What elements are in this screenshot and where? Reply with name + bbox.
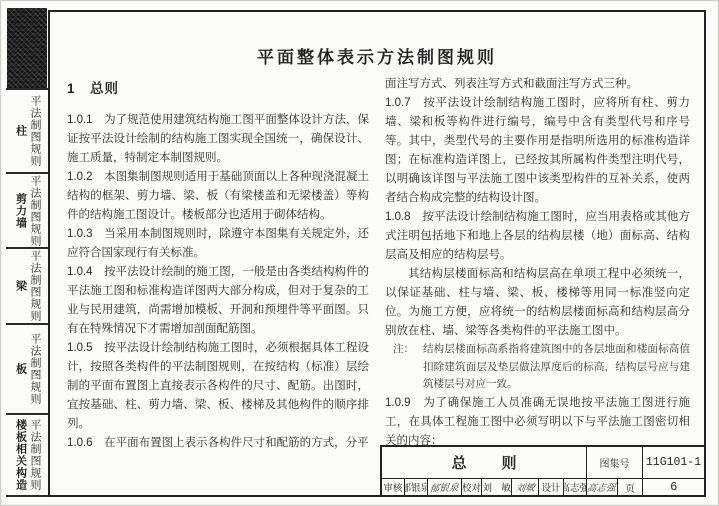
atlas-number-label: 图集号: [586, 447, 642, 478]
proofreader-signature: 刘敏: [511, 479, 538, 495]
title-block-row-1: 总 则 图集号 11G101-1: [382, 447, 704, 478]
note-label: 注：: [393, 341, 414, 394]
chapter-sidebar: 柱 平法制图规则 剪力墙 平法制图规则 梁 平法制图规则 板 平法制图规则 楼板…: [6, 8, 48, 497]
tab-category: 柱: [14, 125, 26, 137]
page-number: 6: [642, 479, 704, 495]
proofreader-label: 校对: [461, 479, 482, 495]
clause-1-0-5: 1.0.5 按平法设计绘制结构施工图时，必须根据具体工程设计，按照各类构件的平法…: [67, 339, 369, 434]
clause-1-0-4: 1.0.4 按平法设计绘制的施工图，一般是由各类结构构件的平法施工图和标准构造详…: [67, 263, 369, 339]
note-text: 结构层楼面标高系指将建筑图中的各层地面和楼面标高值扣除建筑面层及垫层做法厚度后的…: [423, 341, 690, 394]
page-title: 平面整体表示方法制图规则: [50, 43, 704, 68]
cover-photo-thumbnail: [7, 8, 47, 88]
drawing-frame: 平面整体表示方法制图规则 1 总则 1.0.1 为了规范使用建筑结构施工图平面整…: [48, 10, 706, 497]
reviewer-signature: 郁银泉: [427, 479, 461, 495]
clause-1-0-8-paragraph-2: 其结构层楼面标高和结构层高在单项工程中必须统一，以保证基础、柱与墙、梁、板、楼梯…: [385, 265, 690, 341]
tab-category: 楼板相关构造: [14, 419, 26, 491]
sheet-title: 总 则: [382, 447, 586, 478]
clause-1-0-1: 1.0.1 为了规范使用建筑结构施工图平面整体设计方法，保证按平法设计绘制的结构…: [67, 111, 369, 168]
clause-1-0-2: 1.0.2 本图集制图规则适用于基础顶面以上各种现浇混凝土结构的框架、剪力墙、梁…: [67, 168, 369, 225]
sidebar-tab-shear-wall: 剪力墙 平法制图规则: [6, 172, 48, 247]
title-block-row-2: 审核 郁银泉 郁银泉 校对 刘 敏 刘敏 设计 高志强 高志强 页 6: [382, 478, 704, 495]
reviewer-label: 审核: [382, 479, 404, 495]
section-heading: 1 总则: [67, 77, 369, 97]
tab-label: 平法制图规则: [29, 250, 41, 322]
tab-category: 板: [14, 363, 26, 375]
left-column: 1 总则 1.0.1 为了规范使用建筑结构施工图平面整体设计方法，保证按平法设计…: [67, 75, 369, 453]
tab-category: 梁: [14, 280, 26, 292]
page-label: 页: [617, 479, 643, 495]
designer-signature: 高志强: [586, 479, 617, 495]
sidebar-tab-slab: 板 平法制图规则: [6, 323, 48, 413]
title-block: 总 则 图集号 11G101-1 审核 郁银泉 郁银泉 校对 刘 敏 刘敏 设计…: [380, 445, 704, 495]
right-column: 面注写方式、列表注写方式和截面注写方式三种。 1.0.7 按平法设计绘制结构施工…: [385, 75, 690, 453]
sidebar-tab-slab-details: 楼板相关构造 平法制图规则: [6, 413, 48, 497]
tab-label: 平法制图规则: [29, 333, 41, 405]
clause-1-0-7: 1.0.7 按平法设计绘制结构施工图时，应将所有柱、剪力墙、梁和板等构件进行编号…: [385, 94, 690, 208]
proofreader-name: 刘 敏: [481, 479, 511, 495]
clause-note: 注： 结构层楼面标高系指将建筑图中的各层地面和楼面标高值扣除建筑面层及垫层做法厚…: [393, 341, 690, 394]
tab-label: 平法制图规则: [29, 419, 41, 491]
sidebar-tab-column: 柱 平法制图规则: [6, 88, 48, 172]
clause-1-0-9: 1.0.9 为了确保施工人员准确无误地按平法施工图进行施工，在具体工程施工图中必…: [385, 394, 690, 451]
designer-label: 设计: [538, 479, 563, 495]
clause-1-0-6-continued: 面注写方式、列表注写方式和截面注写方式三种。: [385, 75, 690, 94]
text-columns: 1 总则 1.0.1 为了规范使用建筑结构施工图平面整体设计方法，保证按平法设计…: [50, 75, 704, 453]
tab-category: 剪力墙: [14, 193, 26, 229]
clause-1-0-6: 1.0.6 在平面布置图上表示各构件尺寸和配筋的方式，分平: [67, 434, 369, 453]
sidebar-tab-beam: 梁 平法制图规则: [6, 247, 48, 323]
tab-label: 平法制图规则: [29, 95, 41, 167]
atlas-number-value: 11G101-1: [642, 447, 704, 478]
tab-label: 平法制图规则: [29, 175, 41, 247]
scanned-document-page: 柱 平法制图规则 剪力墙 平法制图规则 梁 平法制图规则 板 平法制图规则 楼板…: [0, 0, 719, 506]
clause-1-0-3: 1.0.3 当采用本制图规则时，除遵守本图集有关规定外，还应符合国家现行有关标准…: [67, 225, 369, 263]
designer-name: 高志强: [563, 479, 586, 495]
reviewer-name: 郁银泉: [404, 479, 427, 495]
clause-1-0-8: 1.0.8 按平法设计绘制结构施工图时，应当用表格或其他方式注明包括地下和地上各…: [385, 208, 690, 265]
